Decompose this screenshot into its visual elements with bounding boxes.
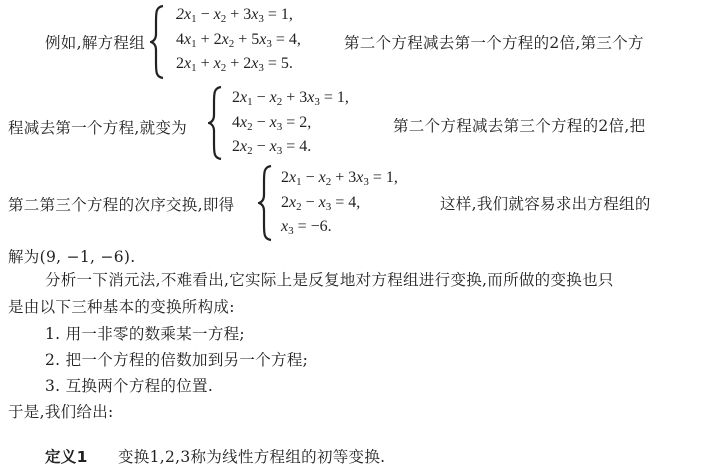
left-brace-icon (208, 85, 224, 161)
explanation-text: 这样,我们就容易求出方程组的 (440, 192, 651, 214)
intro-text: 例如,解方程组 (45, 31, 145, 53)
analysis-line-2: 是由以下三种基本的变换所构成: (8, 295, 235, 317)
definition-text: 变换1,2,3称为线性方程组的初等变换. (118, 445, 385, 467)
list-number: 3. (45, 377, 60, 395)
equation-system-2: 2x1 − x2 + 3x3 = 1, 4x2 − x3 = 2, 2x2 − … (232, 86, 349, 160)
equation: 2x2 − x3 = 4. (232, 135, 349, 160)
explanation-text: 第二个方程减去第一个方程的2倍,第三个方 (344, 31, 644, 53)
list-number: 2. (45, 351, 60, 369)
solution-text: 解为(9, −1, −6). (8, 245, 136, 267)
intro-text: 程减去第一个方程,就变为 (8, 116, 187, 138)
list-text: 用一非零的数乘某一方程; (66, 325, 245, 343)
equation: 2x2 − x3 = 4, (281, 191, 398, 216)
list-item: 3. 互换两个方程的位置. (45, 374, 213, 396)
list-item: 2. 把一个方程的倍数加到另一个方程; (45, 348, 308, 370)
equation-system-1: 2x1 − x2 + 3x3 = 1, 4x1 + 2x2 + 5x3 = 4,… (176, 3, 301, 77)
list-text: 把一个方程的倍数加到另一个方程; (66, 351, 309, 369)
list-item: 1. 用一非零的数乘某一方程; (45, 322, 245, 344)
explanation-text: 第二个方程减去第三个方程的2倍,把 (393, 114, 645, 136)
equation: 2x1 − x2 + 3x3 = 1, (176, 3, 301, 28)
definition-label: 定义1 (45, 445, 88, 467)
intro-text: 第二第三个方程的次序交换,即得 (8, 193, 234, 215)
analysis-line-1: 分析一下消元法,不难看出,它实际上是反复地对方程组进行变换,而所做的变换也只 (45, 268, 614, 290)
left-brace-icon (258, 164, 274, 242)
conclusion-text: 于是,我们给出: (8, 400, 114, 422)
list-text: 互换两个方程的位置. (66, 377, 213, 395)
equation: 2x1 − x2 + 3x3 = 1, (232, 86, 349, 111)
equation: 4x1 + 2x2 + 5x3 = 4, (176, 28, 301, 53)
equation-system-3: 2x1 − x2 + 3x3 = 1, 2x2 − x3 = 4, x3 = −… (281, 166, 398, 240)
left-brace-icon (150, 4, 166, 80)
list-number: 1. (45, 325, 60, 343)
equation: 4x2 − x3 = 2, (232, 111, 349, 136)
equation: 2x1 + x2 + 2x3 = 5. (176, 52, 301, 77)
equation: 2x1 − x2 + 3x3 = 1, (281, 166, 398, 191)
equation: x3 = −6. (281, 215, 398, 240)
